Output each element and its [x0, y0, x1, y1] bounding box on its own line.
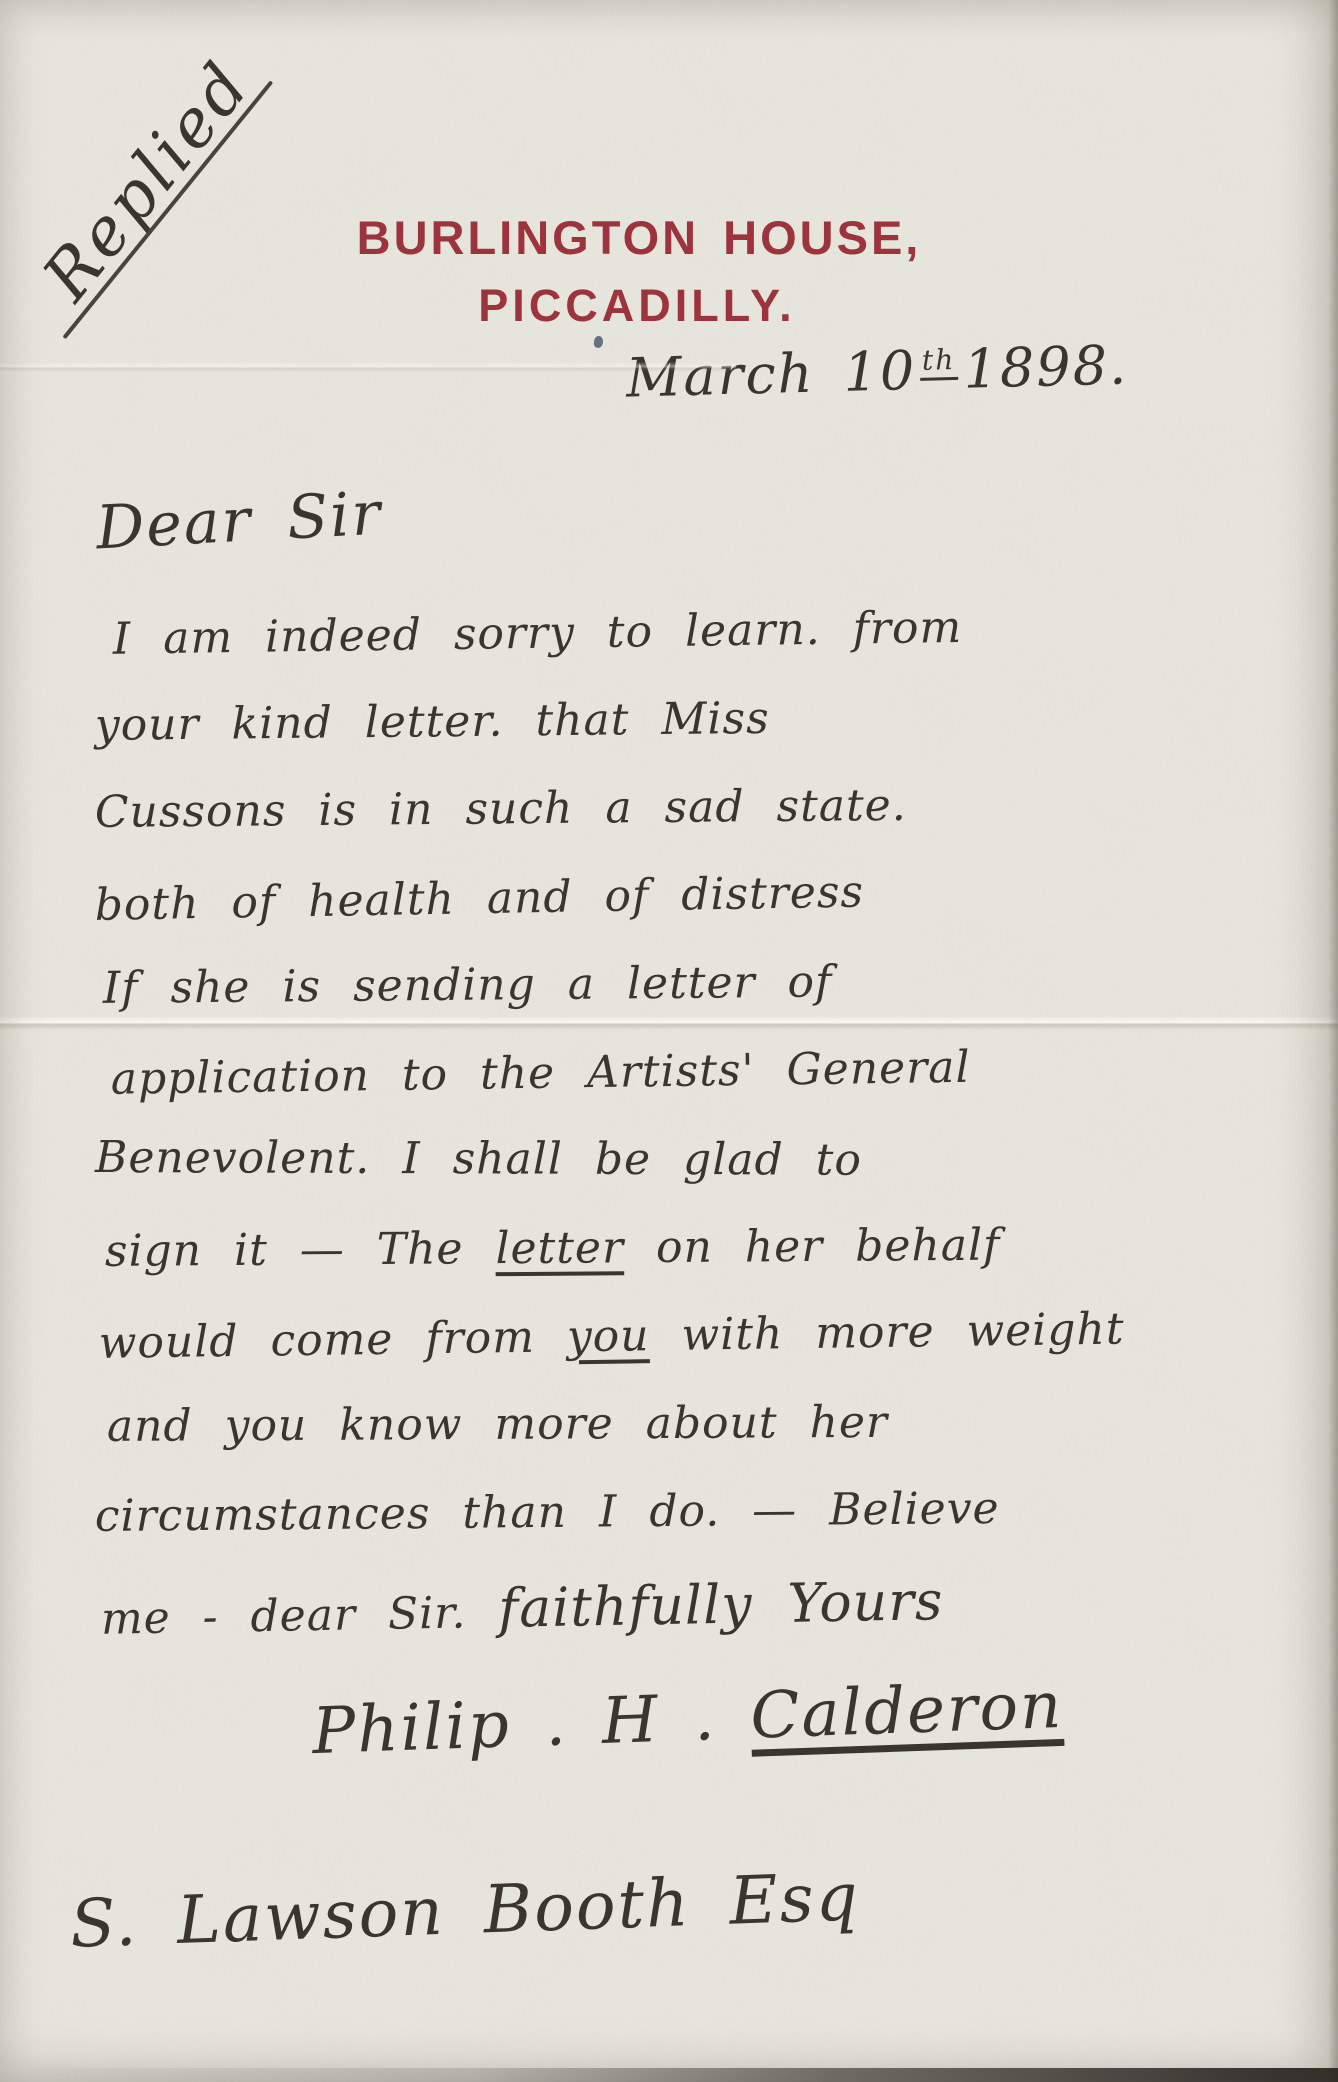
letter-text-segment: application to the Artists' General — [110, 1042, 970, 1105]
letter-text-segment: you — [567, 1310, 650, 1362]
letter-line: your kind letter. that Miss — [95, 688, 1226, 788]
letter-page: Replied BURLINGTON HOUSE, PICCADILLY. Ma… — [0, 0, 1338, 2082]
letter-text-segment: Benevolent. I shall be glad to — [95, 1132, 862, 1186]
ink-speck — [593, 335, 604, 349]
letter-text-segment: both of health and of distress — [94, 866, 864, 930]
letter-line: me - dear Sir. faithfully Yours — [100, 1564, 1225, 1672]
date-year: 1898. — [963, 333, 1129, 400]
letter-text-segment: sign it — The — [105, 1223, 496, 1277]
letter-text-segment: Philip . H . — [311, 1680, 752, 1769]
scan-edge-bottom — [0, 2068, 1338, 2082]
letter-text-segment: Calderon — [749, 1669, 1064, 1754]
letterhead-line1: BURLINGTON HOUSE, — [0, 210, 1308, 265]
addressee: S. Lawson Booth Esq — [69, 1858, 861, 1963]
letter-line: would come from you with more weight — [98, 1302, 1225, 1406]
letter-line: both of health and of distress — [94, 860, 1225, 968]
letter-text-segment: and you know more about her — [107, 1397, 888, 1452]
letter-line: application to the Artists' General — [110, 1038, 1225, 1142]
date-ordinal: th — [919, 343, 957, 381]
letter-line: Cussons is in such a sad state. — [95, 777, 1226, 875]
letter-text-segment: Cussons is in such a sad state. — [95, 780, 907, 838]
letter-line: and you know more about her — [107, 1395, 1225, 1489]
date-line: March 10th1898. — [625, 333, 1129, 409]
letterhead-line2: PICCADILLY. — [0, 280, 1306, 332]
letter-text-segment: would come from — [98, 1311, 567, 1369]
letter-text-segment: circumstances than I do. — Believe — [95, 1483, 1000, 1542]
letter-text-segment: I am indeed sorry to learn. from — [112, 602, 962, 665]
scan-edge-right — [1328, 0, 1338, 2082]
letter-line: sign it — The letter on her behalf — [105, 1218, 1226, 1314]
letter-text-segment: faithfully Yours — [498, 1569, 944, 1640]
letter-text-segment: letter — [495, 1222, 624, 1274]
letter-text-segment: your kind letter. that Miss — [95, 693, 770, 751]
letter-line: I am indeed sorry to learn. from — [112, 598, 1225, 702]
signature: Philip . H . Calderon — [311, 1669, 1064, 1769]
letter-text-segment: me - dear Sir. — [100, 1587, 498, 1645]
letter-text-segment: with more weight — [649, 1304, 1125, 1362]
letter-text-segment: If she is sending a letter of — [103, 957, 833, 1014]
letter-line: If she is sending a letter of — [103, 953, 1226, 1051]
letter-body: I am indeed sorry to learn. from your ki… — [95, 606, 1225, 1662]
letter-line: circumstances than I do. — Believe — [95, 1481, 1226, 1579]
replied-annotation: Replied — [28, 47, 266, 315]
letter-text-segment: on her behalf — [624, 1220, 1001, 1274]
letter-line: Benevolent. I shall be glad to — [95, 1132, 1225, 1224]
salutation: Dear Sir — [94, 479, 383, 564]
date-day: March 10 — [625, 339, 917, 410]
